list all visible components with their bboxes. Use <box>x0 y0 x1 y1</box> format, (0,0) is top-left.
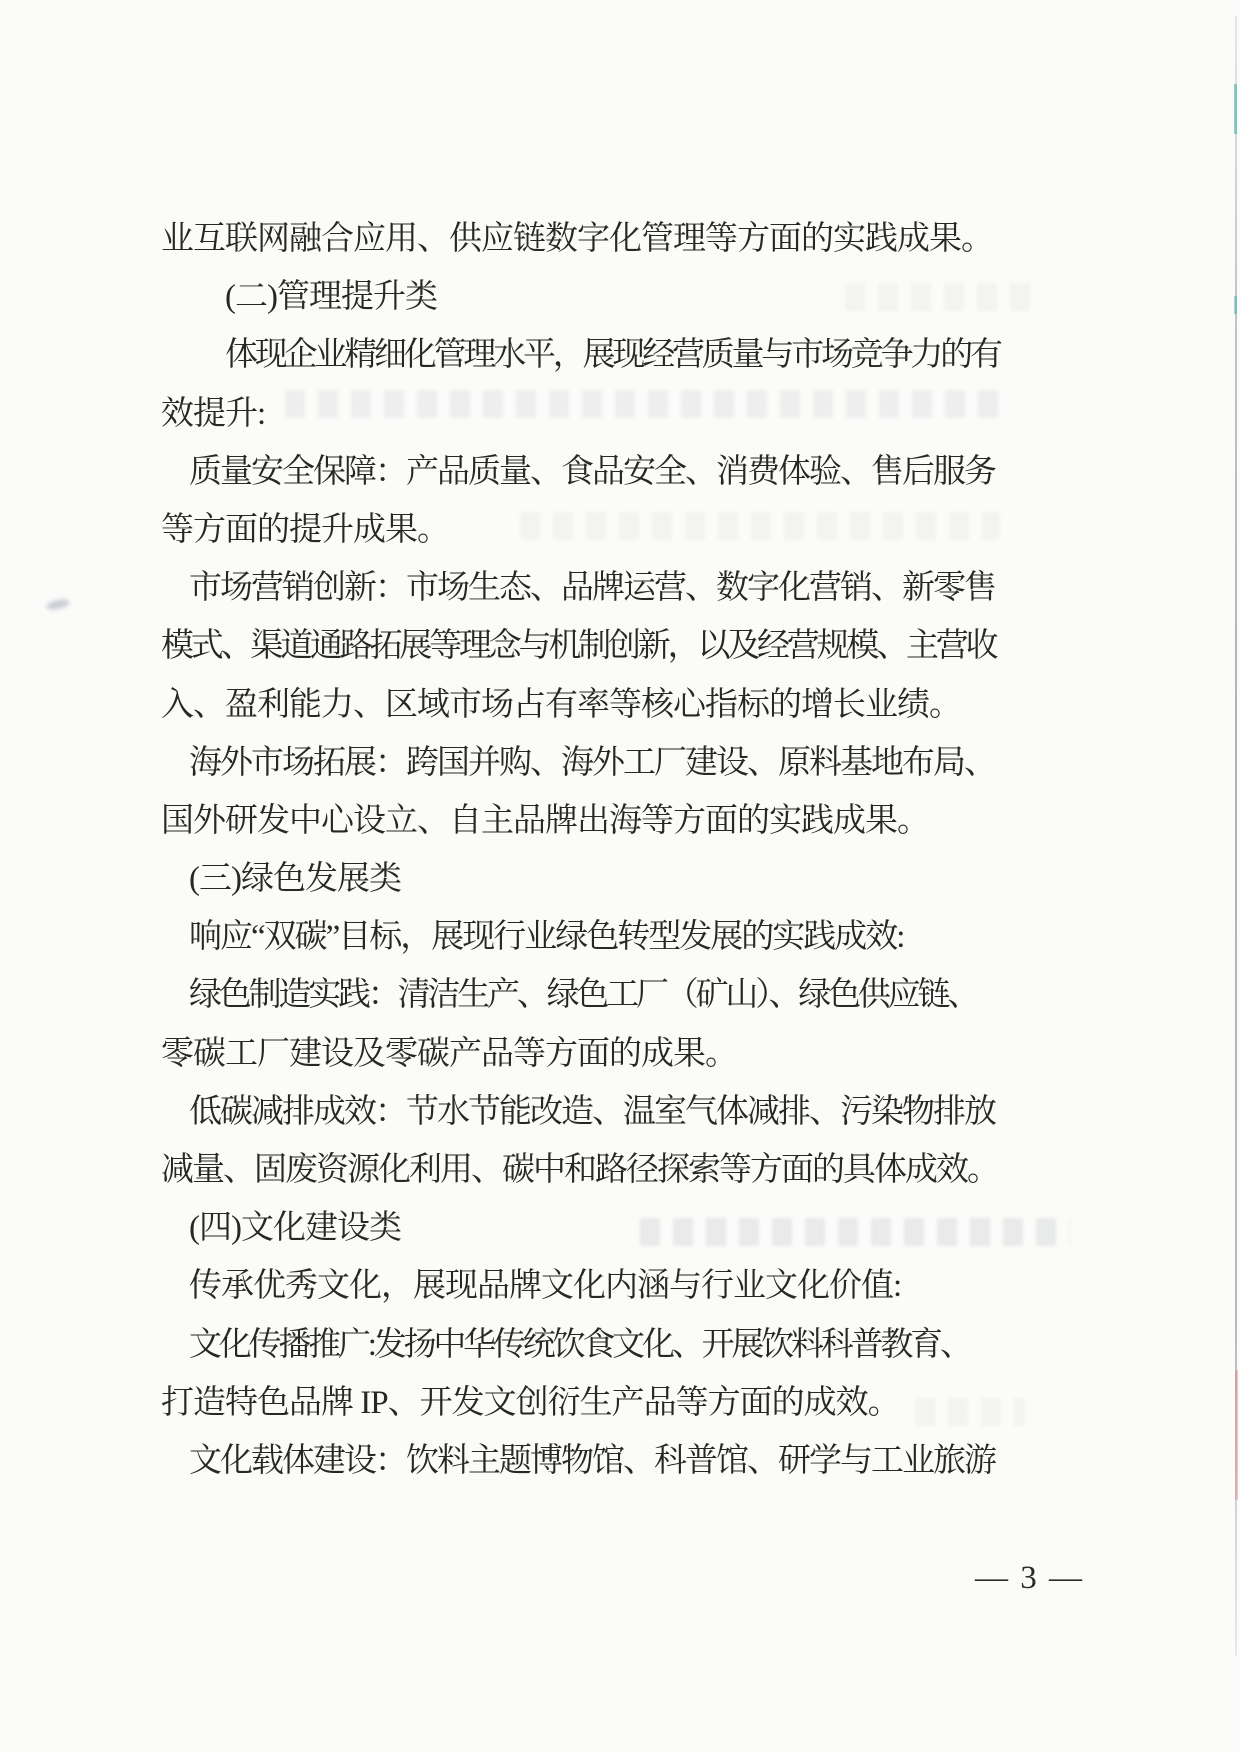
scan-edge-teal-segment <box>1234 84 1237 134</box>
text-line: 传承优秀文化，展现品牌文化内涵与行业文化价值: <box>161 1257 1061 1315</box>
page-number: — 3 — <box>975 1560 1084 1597</box>
text-line: 市场营销创新：市场生态、品牌运营、数字化营销、新零售 <box>161 559 1061 617</box>
text-line: 减量、固废资源化利用、碳中和路径探索等方面的具体成效。 <box>161 1141 1061 1199</box>
text-line: (三)绿色发展类 <box>161 850 1061 908</box>
text-line: 打造特色品牌 IP、开发文创衍生产品等方面的成效。 <box>161 1374 1061 1432</box>
text-line: 质量安全保障：产品质量、食品安全、消费体验、售后服务 <box>161 443 1061 501</box>
text-line: (二)管理提升类 <box>161 268 1061 326</box>
scan-edge-pink-segment <box>1235 1370 1238 1500</box>
text-line: 体现企业精细化管理水平，展现经营质量与市场竞争力的有 <box>161 326 1061 384</box>
text-line: (四)文化建设类 <box>161 1199 1061 1257</box>
text-line: 入、盈利能力、区域市场占有率等核心指标的增长业绩。 <box>161 676 1061 734</box>
text-line: 国外研发中心设立、自主品牌出海等方面的实践成果。 <box>161 792 1061 850</box>
text-line: 低碳减排成效：节水节能改造、温室气体减排、污染物排放 <box>161 1083 1061 1141</box>
text-line: 响应“双碳”目标，展现行业绿色转型发展的实践成效: <box>161 908 1061 966</box>
text-line: 效提升: <box>161 385 1061 443</box>
scan-edge-teal-segment <box>1234 296 1237 314</box>
scanned-document-page: 业互联网融合应用、供应链数字化管理等方面的实践成果。(二)管理提升类体现企业精细… <box>0 0 1240 1752</box>
document-text-block: 业互联网融合应用、供应链数字化管理等方面的实践成果。(二)管理提升类体现企业精细… <box>161 210 1061 1490</box>
text-line: 海外市场拓展：跨国并购、海外工厂建设、原料基地布局、 <box>161 734 1061 792</box>
text-line: 等方面的提升成果。 <box>161 501 1061 559</box>
text-line: 文化载体建设：饮料主题博物馆、科普馆、研学与工业旅游 <box>161 1432 1061 1490</box>
text-line: 文化传播推广:发扬中华传统饮食文化、开展饮料科普教育、 <box>161 1316 1061 1374</box>
text-line: 绿色制造实践：清洁生产、绿色工厂（矿山）、绿色供应链、 <box>161 966 1061 1024</box>
text-line: 零碳工厂建设及零碳产品等方面的成果。 <box>161 1025 1061 1083</box>
text-line: 业互联网融合应用、供应链数字化管理等方面的实践成果。 <box>161 210 1061 268</box>
text-line: 模式、渠道通路拓展等理念与机制创新，以及经营规模、主营收 <box>161 617 1061 675</box>
pencil-smudge-artifact <box>45 598 70 612</box>
